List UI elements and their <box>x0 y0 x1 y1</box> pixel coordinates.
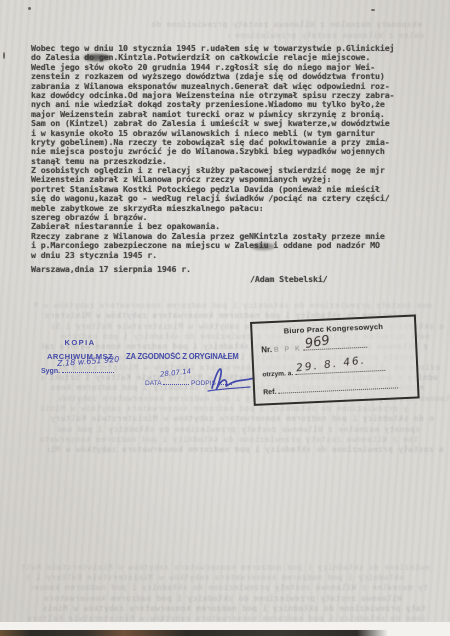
sygn-label: Sygn. <box>41 368 60 375</box>
dateline: Warszawa,dnia 17 sierpnia 1946 r. <box>31 264 191 274</box>
nr-label: Nr. <box>261 345 272 354</box>
signature-number-row: Sygn. <box>41 366 114 375</box>
scan-speck <box>3 52 5 59</box>
typed-signature: /Adam Stebelski/ <box>250 274 328 284</box>
bleedthrough-line: y przewiezione do składnicy i pod nadzor… <box>40 404 408 413</box>
nr-faint-prefix: B P K <box>274 346 302 354</box>
dotted-line <box>163 378 189 385</box>
kongresowe-office-stamp-box: Biuro Prac Kongresowych Nr. B P K 969 ot… <box>250 314 420 405</box>
typed-body-text: Wobec tego w dniu 10 stycznia 1945 r.uda… <box>31 44 431 260</box>
bleedthrough-line: ewiezione do składnicy i pod nadzorem ko… <box>22 563 430 572</box>
scanned-document-page: eksponaty muzealne z Wilanowa zostały pr… <box>0 0 450 622</box>
bleedthrough-line: e do składnicy i pod nadzorem konserwato… <box>49 414 434 423</box>
dotted-line <box>278 381 398 393</box>
bleedthrough-line: ty muzealne z Wilanowa zostały przewiezi… <box>32 583 428 592</box>
otrzym-label: otrzym. a. <box>262 370 293 378</box>
kopia-stamp-title: KOPIA <box>36 338 124 347</box>
bleedthrough-line: a zostały przewiezione do składnicy i po… <box>48 445 444 454</box>
bleedthrough-line: sponaty muzealne z Wilanowa zostały prze… <box>58 425 420 434</box>
scan-speck <box>371 9 375 11</box>
certification-stamp-title: ZA ZGODNOŚĆ Z ORYGINAŁEM <box>126 352 222 361</box>
ink-smudge <box>252 243 274 250</box>
scan-speck <box>28 7 31 10</box>
bleedthrough-line: eksponaty muzealne z Wilanowa zostały pr… <box>150 20 422 29</box>
stamp-ref-row: Ref. <box>263 381 398 396</box>
ink-smudge <box>84 54 110 61</box>
ref-label: Ref. <box>263 389 277 397</box>
data-label: DATA <box>145 380 161 387</box>
bleedthrough-line: składnicy i pod nadzorem konserwatora za… <box>27 573 404 582</box>
bleedthrough-line: Wilanowa zostały przewiezione do składni… <box>37 594 402 603</box>
handwritten-signature-squiggle <box>206 364 258 394</box>
bleedthrough-line: tały przewiezione do składnicy i pod nad… <box>42 604 426 613</box>
typed-line: w dniu 23 stycznia 1945 r. <box>31 251 431 260</box>
scan-edge-shadow <box>0 630 388 636</box>
bleedthrough-line: ealne z Wilanowa zostały przewiezione do… <box>228 31 424 40</box>
certification-stamp: ZA ZGODNOŚĆ Z ORYGINAŁEM <box>126 352 226 361</box>
kongresowe-stamp-title: Biuro Prac Kongresowych <box>252 321 414 337</box>
bleedthrough-line: owa zostały przewiezione do składnicy i … <box>34 301 432 310</box>
bleedthrough-line: lne z Wilanowa zostały przewiezione do s… <box>39 435 418 444</box>
